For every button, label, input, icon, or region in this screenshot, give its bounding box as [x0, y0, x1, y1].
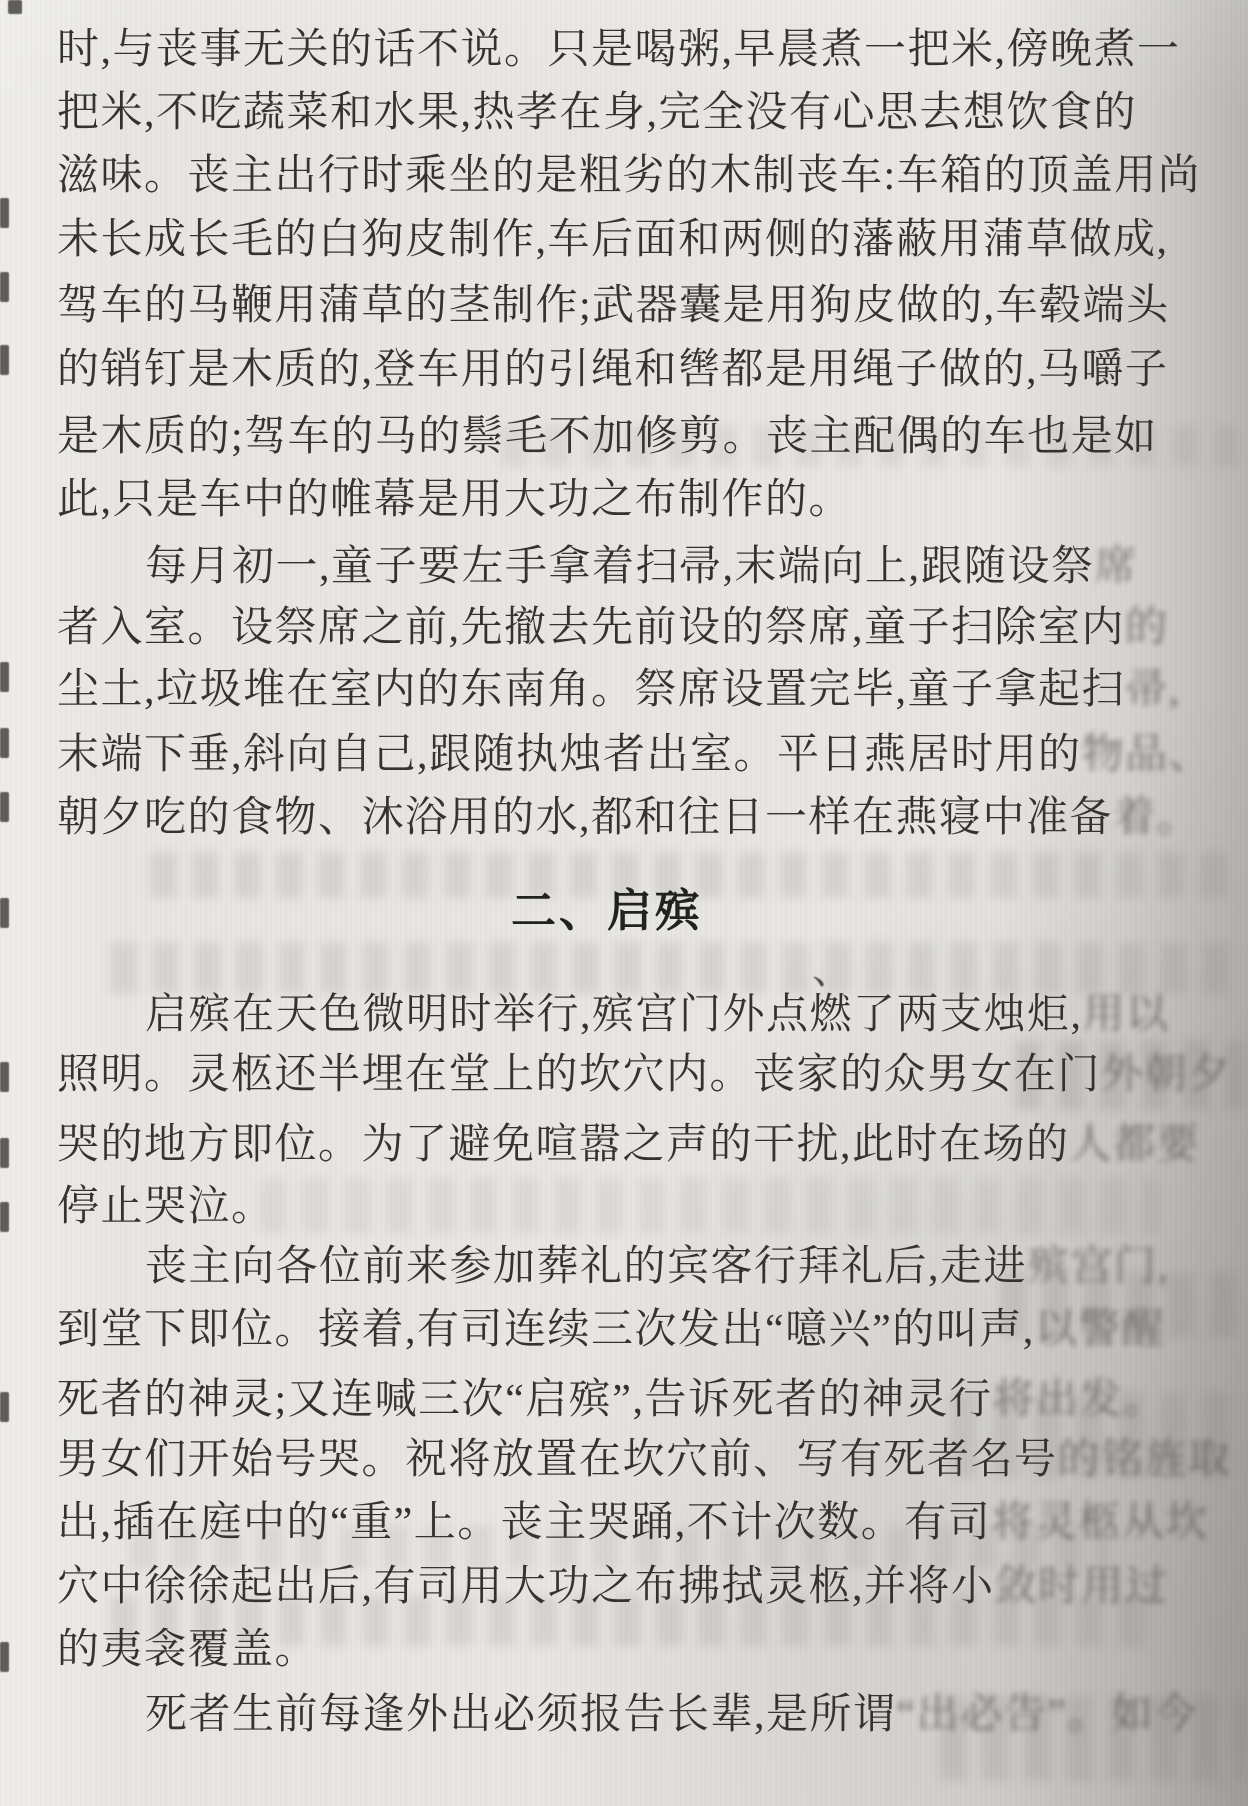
- scan-edge-artifact: [0, 1062, 9, 1092]
- text-line-blurred-tail: 以警醒: [1035, 1307, 1166, 1353]
- text-line-main: 启殡在天色微明时举行,殡宫门外点燃了两支烛炬,: [145, 992, 1083, 1038]
- text-line: 的销钉是木质的,登车用的引绳和辔都是用绳子做的,马嚼子: [57, 341, 1169, 399]
- text-line: 时,与丧事无关的话不说。只是喝粥,早晨煮一把米,傍晚煮一: [57, 21, 1181, 79]
- text-line: 哭的地方即位。为了避免喧嚣之声的干扰,此时在场的人都要: [57, 1116, 1200, 1174]
- text-line-blurred-tail: 物品、: [1082, 732, 1213, 778]
- text-line-main: 驾车的马鞭用蒲草的茎制作;武器囊是用狗皮做的,车毂端头: [57, 283, 1170, 329]
- text-line-blurred-tail: 帚,: [1125, 667, 1181, 713]
- text-line: 尘土,垃圾堆在室内的东南角。祭席设置完毕,童子拿起扫帚,: [57, 661, 1181, 719]
- text-line-main: 时,与丧事无关的话不说。只是喝粥,早晨煮一把米,傍晚煮一: [57, 27, 1181, 73]
- text-line-main: 者入室。设祭席之前,先撤去先前设的祭席,童子扫除室内: [57, 605, 1125, 651]
- text-line: 者入室。设祭席之前,先撤去先前设的祭席,童子扫除室内的: [57, 599, 1169, 657]
- text-line: 未长成长毛的白狗皮制作,车后面和两侧的藩蔽用蒲草做成,: [57, 211, 1169, 269]
- text-line-main: 男女们开始号哭。祝将放置在坎穴前、写有死者名号: [57, 1437, 1058, 1483]
- scan-edge-artifact: [0, 792, 9, 822]
- text-line-blurred-tail: 的铭旌取: [1058, 1437, 1232, 1483]
- text-line-blurred-tail: 人都要: [1070, 1122, 1201, 1168]
- text-line-main: 尘土,垃圾堆在室内的东南角。祭席设置完毕,童子拿起扫: [57, 667, 1125, 713]
- text-line-main: 未长成长毛的白狗皮制作,车后面和两侧的藩蔽用蒲草做成,: [57, 217, 1169, 263]
- text-line-blurred-tail: 席: [1095, 544, 1139, 590]
- text-line-main: 每月初一,童子要左手拿着扫帚,末端向上,跟随设祭: [145, 544, 1095, 590]
- text-line-blurred-tail: 的: [1125, 605, 1169, 651]
- scan-edge-artifact: [0, 662, 9, 692]
- text-line: 是木质的;驾车的马的鬃毛不加修剪。丧主配偶的车也是如: [57, 408, 1158, 466]
- text-line-main: 哭的地方即位。为了避免喧嚣之声的干扰,此时在场的: [57, 1122, 1070, 1168]
- text-line-blurred-tail: 将出发。: [992, 1377, 1166, 1423]
- scan-edge-artifact: [0, 1202, 9, 1232]
- scan-edge-artifact: [0, 198, 9, 228]
- scanned-page: 、 时,与丧事无关的话不说。只是喝粥,早晨煮一把米,傍晚煮一 把米,不吃蔬菜和水…: [0, 0, 1248, 1806]
- text-line-blurred-tail: 敛时用过: [995, 1564, 1169, 1610]
- text-line: 丧主向各位前来参加葬礼的宾客行拜礼后,走进殡宫门,: [57, 1238, 1170, 1296]
- scan-edge-artifact: [0, 1138, 9, 1168]
- text-line: 的夷衾覆盖。: [57, 1621, 318, 1679]
- text-line: 末端下垂,斜向自己,跟随执烛者出室。平日燕居时用的物品、: [57, 726, 1212, 784]
- text-line-main: 朝夕吃的食物、沐浴用的水,都和往日一样在燕寝中准备: [57, 795, 1113, 841]
- text-line-main: 穴中徐徐起出后,有司用大功之布拂拭灵柩,并将小: [57, 1564, 995, 1610]
- text-line-main: 照明。灵柩还半埋在堂上的坎穴内。丧家的众男女在门: [57, 1052, 1101, 1098]
- text-line: 到堂下即位。接着,有司连续三次发出“噫兴”的叫声,以警醒: [57, 1301, 1165, 1359]
- scan-edge-artifact: [0, 1392, 9, 1422]
- text-line-main: 死者生前每逢外出必须报告长辈,是所谓: [145, 1692, 897, 1738]
- text-line-main: 丧主向各位前来参加葬礼的宾客行拜礼后,走进: [145, 1244, 1027, 1290]
- text-line: 停止哭泣。: [57, 1178, 275, 1236]
- text-line-main: 停止哭泣。: [57, 1184, 275, 1230]
- bleedthrough-smudge: [260, 1178, 1160, 1234]
- text-line-main: 把米,不吃蔬菜和水果,热孝在身,完全没有心思去想饮食的: [57, 90, 1137, 136]
- text-line-main: 的销钉是木质的,登车用的引绳和辔都是用绳子做的,马嚼子: [57, 347, 1169, 393]
- text-line: 此,只是车中的帷幕是用大功之布制作的。: [57, 471, 852, 529]
- text-line-main: 到堂下即位。接着,有司连续三次发出“噫兴”的叫声,: [57, 1307, 1035, 1353]
- text-line-main: 出,插在庭中的“重”上。丧主哭踊,不计次数。有司: [57, 1500, 991, 1546]
- text-line-main: 末端下垂,斜向自己,跟随执烛者出室。平日燕居时用的: [57, 732, 1082, 778]
- text-line: 启殡在天色微明时举行,殡宫门外点燃了两支烛炬,用以: [57, 986, 1170, 1044]
- text-line-main: 死者的神灵;又连喊三次“启殡”,告诉死者的神灵行: [57, 1377, 992, 1423]
- text-line-blurred-tail: 用以: [1083, 992, 1170, 1038]
- text-line-main: 的夷衾覆盖。: [57, 1627, 318, 1673]
- text-line: 驾车的马鞭用蒲草的茎制作;武器囊是用狗皮做的,车毂端头: [57, 277, 1170, 335]
- text-line: 出,插在庭中的“重”上。丧主哭踊,不计次数。有司将灵柩从坎: [57, 1494, 1209, 1552]
- text-line-blurred-tail: 殡宫门,: [1027, 1244, 1170, 1290]
- text-line: 死者生前每逢外出必须报告长辈,是所谓“出必告”。如今: [57, 1686, 1198, 1744]
- text-line-blurred-tail: 外朝夕: [1101, 1052, 1232, 1098]
- text-line: 每月初一,童子要左手拿着扫帚,末端向上,跟随设祭席: [57, 538, 1138, 596]
- section-heading: 二、启殡: [0, 886, 1231, 936]
- text-line: 把米,不吃蔬菜和水果,热孝在身,完全没有心思去想饮食的: [57, 84, 1137, 142]
- text-line: 穴中徐徐起出后,有司用大功之布拂拭灵柩,并将小敛时用过: [57, 1558, 1169, 1616]
- text-line-main: 此,只是车中的帷幕是用大功之布制作的。: [57, 477, 852, 523]
- scan-edge-artifact: [0, 728, 9, 758]
- text-line-main: 滋味。丧主出行时乘坐的是粗劣的木制丧车:车箱的顶盖用尚: [57, 153, 1201, 199]
- scan-edge-artifact: [0, 345, 9, 375]
- text-line-blurred-tail: 着。: [1113, 795, 1200, 841]
- text-line: 照明。灵柩还半埋在堂上的坎穴内。丧家的众男女在门外朝夕: [57, 1046, 1232, 1104]
- text-line: 男女们开始号哭。祝将放置在坎穴前、写有死者名号的铭旌取: [57, 1431, 1232, 1489]
- scan-edge-artifact: [0, 1642, 9, 1672]
- scan-edge-artifact: [8, 0, 22, 14]
- text-line-main: 是木质的;驾车的马的鬃毛不加修剪。丧主配偶的车也是如: [57, 414, 1158, 460]
- text-line: 滋味。丧主出行时乘坐的是粗劣的木制丧车:车箱的顶盖用尚: [57, 147, 1201, 205]
- text-line-blurred-tail: 将灵柩从坎: [991, 1500, 1209, 1546]
- scan-edge-artifact: [0, 272, 9, 302]
- text-line: 朝夕吃的食物、沐浴用的水,都和往日一样在燕寝中准备着。: [57, 789, 1200, 847]
- text-line: 死者的神灵;又连喊三次“启殡”,告诉死者的神灵行将出发。: [57, 1371, 1166, 1429]
- text-line-blurred-tail: “出必告”。如今: [897, 1692, 1198, 1738]
